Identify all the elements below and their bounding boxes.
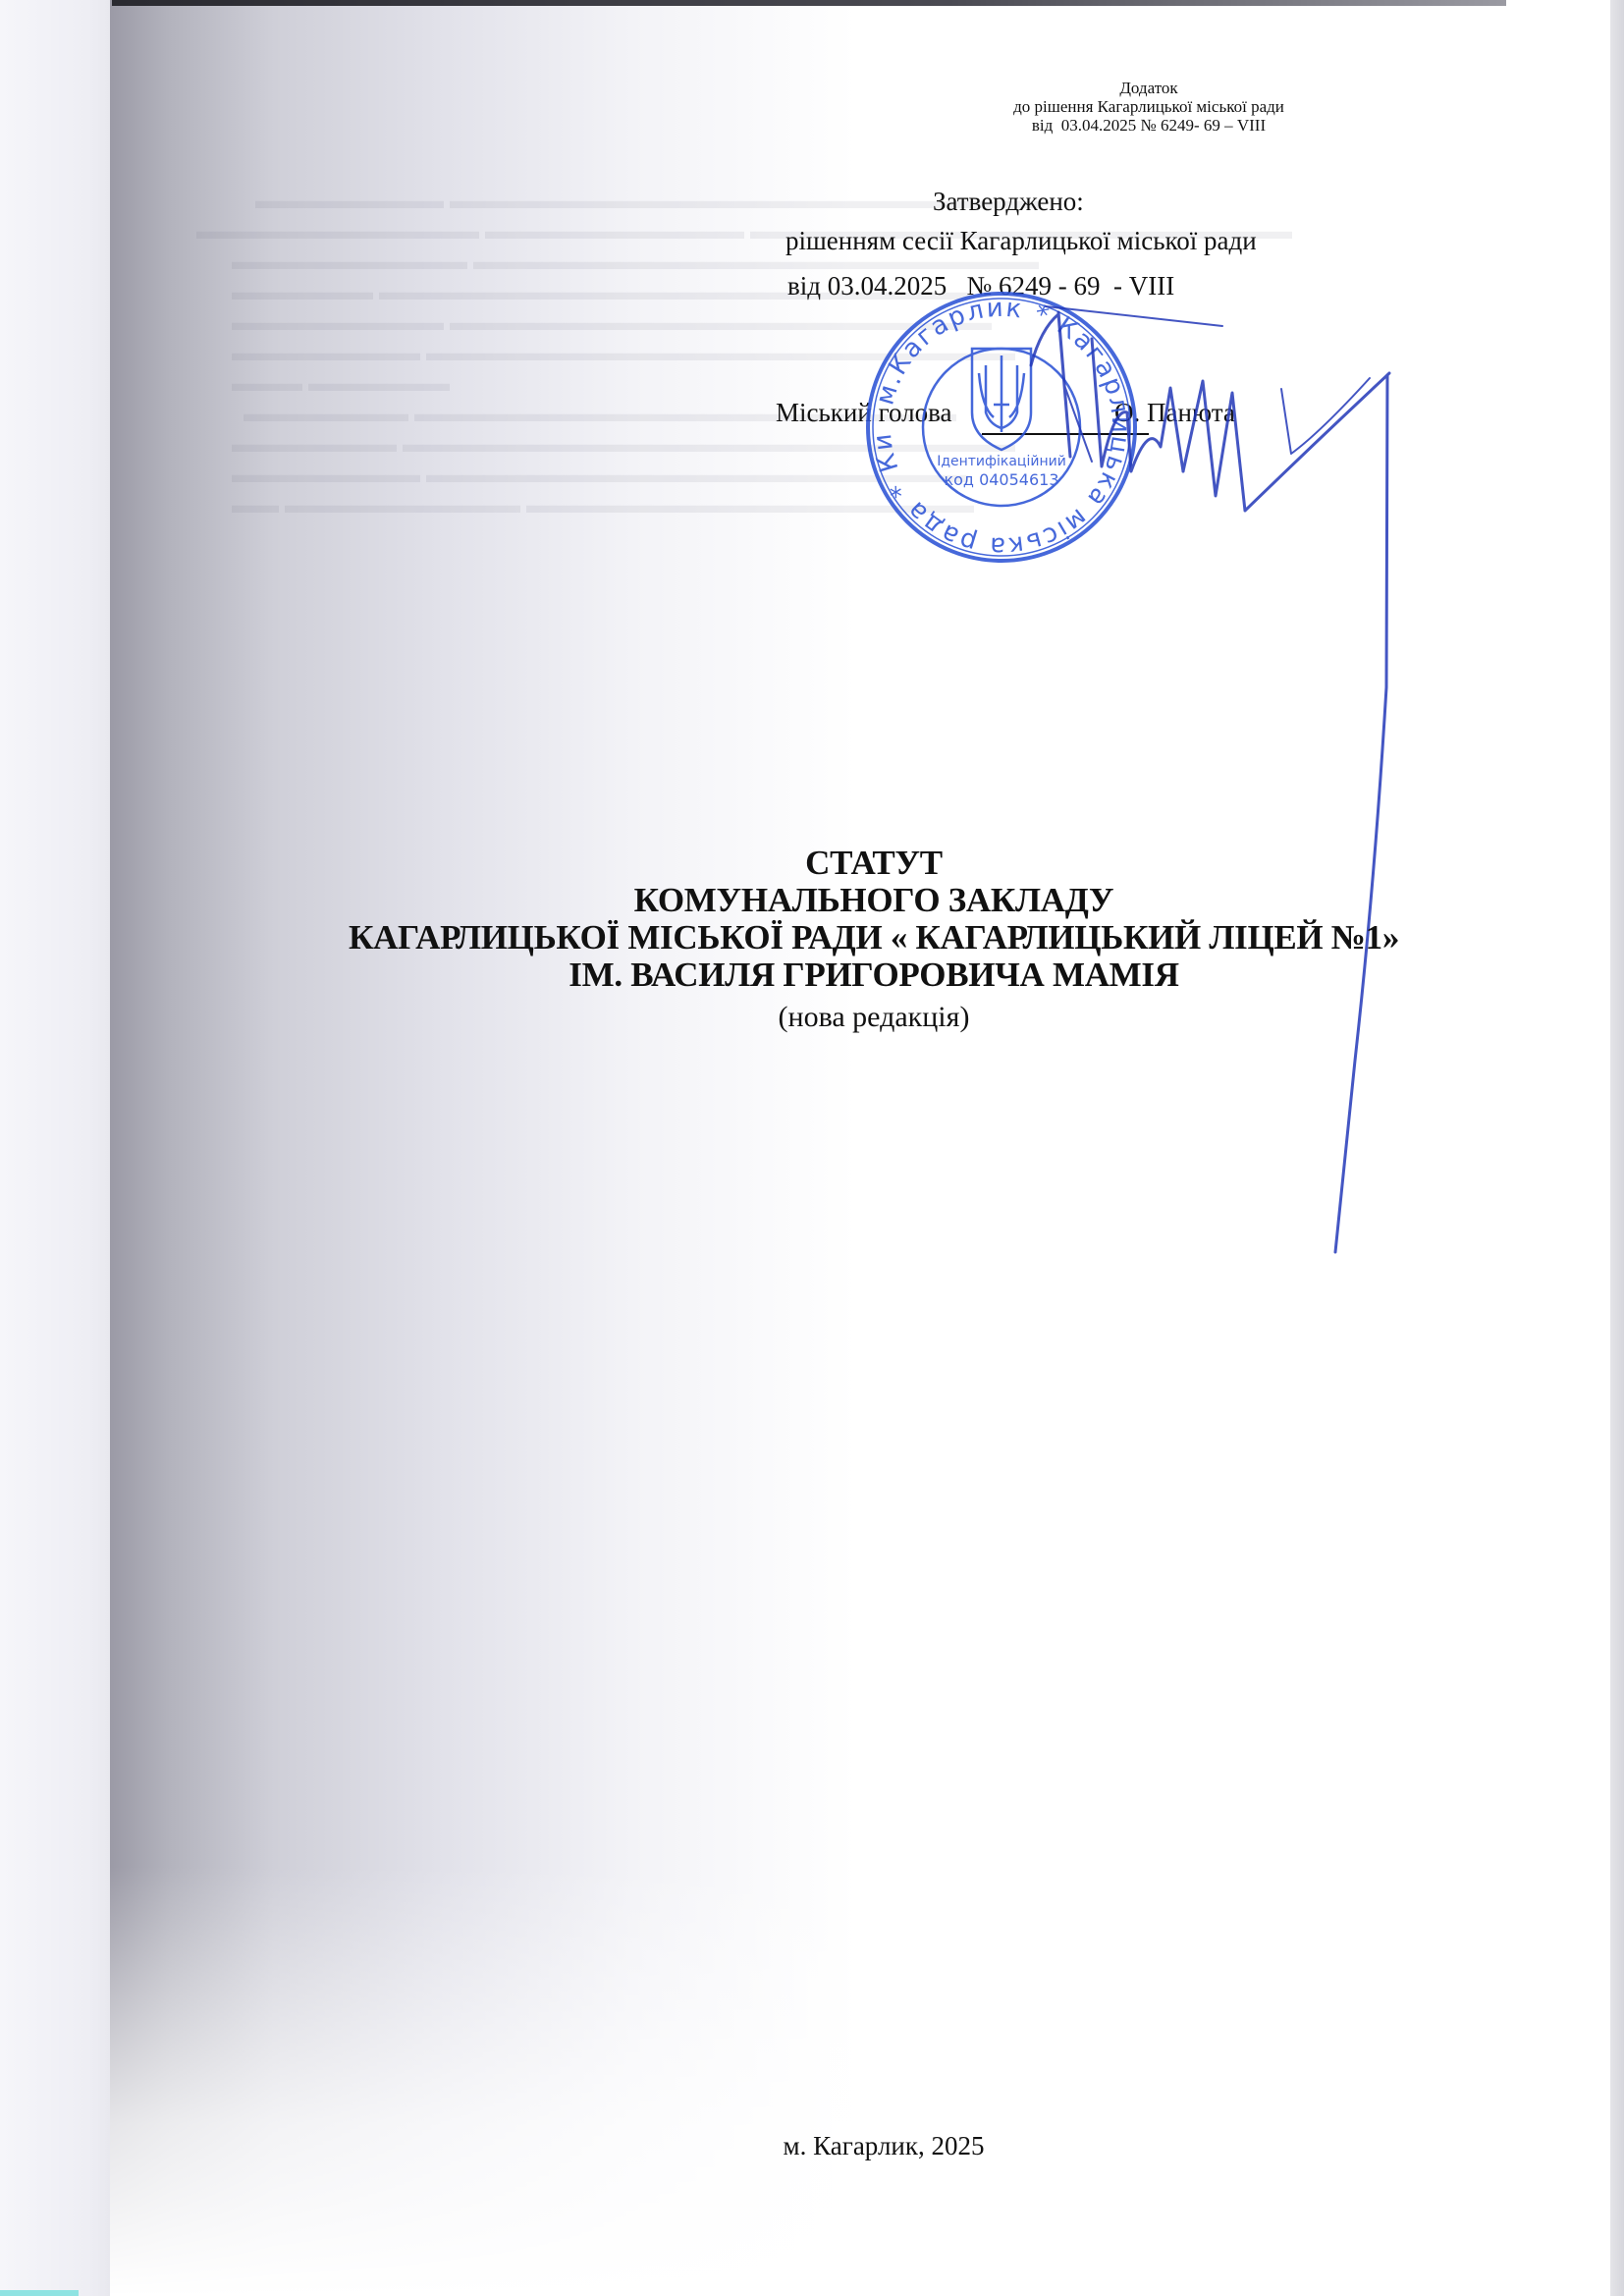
title-line-statute: СТАТУТ (167, 845, 1581, 882)
approval-title: Затверджено: (933, 187, 1084, 217)
mayor-label: Міський голова (776, 398, 951, 428)
scan-shadow-fade (110, 1866, 856, 2296)
appendix-title: Додаток (972, 79, 1326, 97)
title-line-council-lyceum: КАГАРЛИЦЬКОЇ МІСЬКОЇ РАДИ « КАГАРЛИЦЬКИЙ… (167, 919, 1581, 957)
place-year: м. Кагарлик, 2025 (687, 2131, 1080, 2161)
document-title: СТАТУТ КОМУНАЛЬНОГО ЗАКЛАДУ КАГАРЛИЦЬКОЇ… (167, 845, 1581, 1037)
appendix-decision: до рішення Кагарлицької міської ради (972, 97, 1326, 116)
title-line-institution: КОМУНАЛЬНОГО ЗАКЛАДУ (167, 882, 1581, 919)
scan-right-edge (1610, 0, 1624, 2296)
title-line-named-after: ІМ. ВАСИЛЯ ГРИГОРОВИЧА МАМІЯ (167, 957, 1581, 994)
signature-line (982, 433, 1149, 435)
mayor-name: О. Панюта (1114, 398, 1235, 428)
appendix-note: Додаток до рішення Кагарлицької міської … (972, 79, 1326, 135)
title-subtitle-edition: (нова редакція) (167, 998, 1581, 1037)
approval-date-number: від 03.04.2025 № 6249 - 69 - VIII (787, 271, 1174, 301)
scan-corner-strip (0, 2290, 79, 2296)
stamp-id-code: код 04054613 (944, 470, 1058, 489)
appendix-date-number: від 03.04.2025 № 6249- 69 – VIII (972, 116, 1326, 135)
signature (1031, 306, 1389, 1252)
scan-top-band (112, 0, 1506, 6)
approval-decision: рішенням сесії Кагарлицької міської ради (785, 226, 1257, 256)
scan-left-margin (0, 0, 110, 2296)
stamp-id-label: Ідентифікаційний (937, 454, 1066, 469)
